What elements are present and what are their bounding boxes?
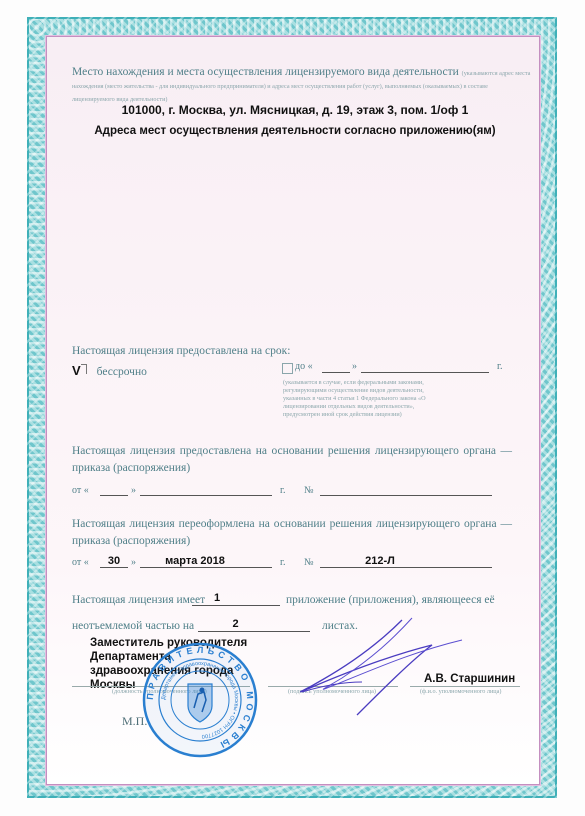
address: 101000, г. Москва, ул. Мясницкая, д. 19,… xyxy=(60,103,530,117)
until-date-line xyxy=(361,372,489,373)
reissued-number: 212-Л xyxy=(320,555,440,567)
reissued-text: Настоящая лицензия переоформлена на осно… xyxy=(72,516,512,550)
appendix-count: 1 xyxy=(192,592,242,604)
location-heading: Место нахождения и места осуществления л… xyxy=(72,66,459,78)
granted-number-label: № xyxy=(304,485,314,496)
granted-day-line xyxy=(100,495,128,496)
until-quote-close: » xyxy=(352,361,357,372)
location-heading-block: Место нахождения и места осуществления л… xyxy=(72,66,532,105)
until-day-line xyxy=(322,372,350,373)
until-year-suffix: г. xyxy=(497,361,502,372)
reissued-day-line xyxy=(100,567,128,568)
official-stamp: ПРАВИТЕЛЬСТВО МОСКВЫ Департамент здравоо… xyxy=(142,642,258,758)
granted-date-line xyxy=(140,495,272,496)
checkmark-icon: V xyxy=(72,363,81,378)
until-checkbox[interactable] xyxy=(282,363,293,374)
term-heading: Настоящая лицензия предоставлена на срок… xyxy=(72,345,290,357)
reissued-day: 30 xyxy=(100,555,128,567)
granted-number-line xyxy=(320,495,492,496)
granted-text: Настоящая лицензия предоставлена на осно… xyxy=(72,443,512,477)
reissued-date-line xyxy=(140,567,272,568)
granted-from-label: от « xyxy=(72,485,89,496)
checkbox-box xyxy=(81,364,87,374)
until-label: до « xyxy=(295,361,313,372)
indefinite-checkbox[interactable]: V бессрочно xyxy=(72,362,147,380)
appendix-text-before: Настоящая лицензия имеет xyxy=(72,594,205,606)
addresses-note: Адреса мест осуществления деятельности с… xyxy=(60,125,530,137)
reissued-number-line xyxy=(320,567,492,568)
granted-quote-close: » xyxy=(131,485,136,496)
until-note: (указывается в случае, если федеральными… xyxy=(283,379,443,419)
reissued-number-label: № xyxy=(304,557,314,568)
granted-year-suffix: г. xyxy=(280,485,285,496)
reissued-quote-close: » xyxy=(131,557,136,568)
handwritten-signature xyxy=(262,600,502,720)
reissued-from-label: от « xyxy=(72,557,89,568)
appendix-text-before2: неотъемлемой частью на xyxy=(72,620,194,632)
reissued-month-year: марта 2018 xyxy=(140,555,250,567)
reissued-year-suffix: г. xyxy=(280,557,285,568)
indefinite-label: бессрочно xyxy=(97,366,147,378)
